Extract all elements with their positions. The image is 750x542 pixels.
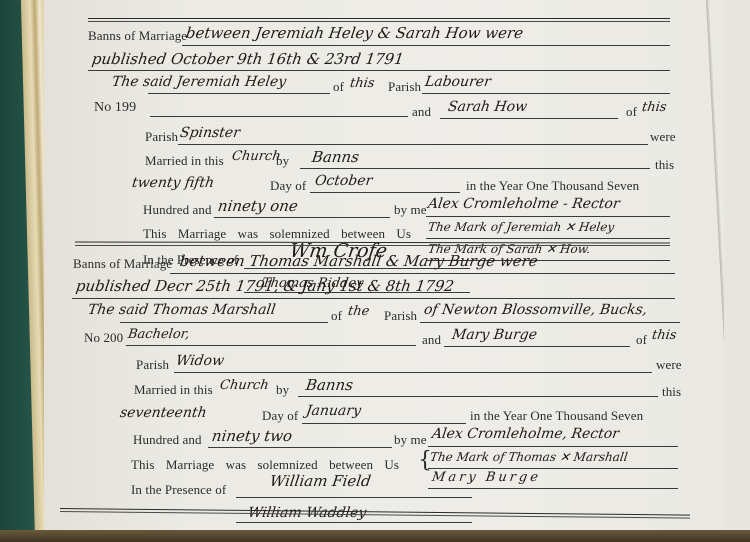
method: Banns (311, 148, 361, 166)
by-me-label: by me (394, 432, 427, 448)
top-double-rule-2 (88, 21, 670, 22)
officiant-signature: Alex Cromleholme - Rector (427, 196, 621, 212)
groom-status: Bachelor, (127, 327, 191, 342)
underline (236, 522, 472, 523)
married-label: Married in this (134, 382, 213, 398)
bride-of-label: of (626, 104, 637, 120)
hundred-label: Hundred and (143, 202, 212, 218)
year-label: in the Year One Thousand Seven (470, 408, 643, 424)
month: October (314, 173, 374, 189)
underline (300, 168, 650, 169)
underline (236, 497, 472, 498)
banns-text-line-1: between Jeremiah Heley & Sarah How were (185, 24, 525, 42)
underline (298, 396, 658, 397)
officiant-signature: Alex Cromleholme, Rector (431, 426, 620, 442)
entry-number: No 199 (94, 100, 136, 116)
underline (88, 70, 670, 71)
underline (72, 298, 675, 299)
place: Church (219, 378, 270, 393)
top-double-rule (88, 18, 670, 19)
party-1-mark: The Mark of Jeremiah ✕ Heley (427, 220, 615, 234)
bride-name: Sarah How (447, 99, 528, 115)
underline (208, 447, 392, 448)
underline (120, 322, 328, 323)
bride-parish-label: Parish (145, 129, 178, 145)
by-label: by (276, 153, 289, 169)
bride-of-value: this (641, 100, 668, 115)
underline (170, 273, 675, 274)
of-label: of (333, 79, 344, 95)
this-label: this (655, 157, 674, 173)
method: Banns (305, 376, 355, 394)
underline (150, 116, 408, 117)
underline (428, 468, 678, 469)
entry-separator-rule-2 (75, 245, 670, 246)
underline (428, 446, 678, 447)
year-value: ninety one (217, 197, 299, 215)
underline (214, 217, 390, 218)
underline (148, 93, 330, 94)
banns-text-line-2: published Decr 25th 1791, & Jany 1st & 8… (75, 277, 455, 295)
by-label: by (276, 382, 289, 398)
underline (182, 45, 670, 46)
married-label: Married in this (145, 153, 224, 169)
party-1-mark: The Mark of Thomas ✕ Marshall (429, 450, 629, 464)
facing-page-edge (724, 0, 750, 536)
book-bottom-edge (0, 530, 750, 542)
underline (302, 423, 466, 424)
solemnized-label: This Marriage was solemnized between Us (131, 457, 399, 473)
place: Church (231, 149, 282, 164)
groom-of-value: the (347, 304, 370, 319)
underline (174, 372, 652, 373)
day-label: Day of (262, 408, 298, 424)
day-value: seventeenth (119, 405, 208, 421)
parish-label: Parish (384, 308, 417, 324)
underline (178, 144, 648, 145)
banns-label: Banns of Marriage (88, 28, 187, 44)
underline (310, 192, 460, 193)
underline (420, 322, 680, 323)
entry-number: No 200 (84, 330, 123, 346)
of-label: of (331, 308, 342, 324)
hundred-label: Hundred and (133, 432, 202, 448)
underline (422, 93, 670, 94)
banns-text-line-1: between Thomas Marshall & Mary Burge wer… (179, 252, 539, 270)
by-me-label: by me (394, 202, 427, 218)
party-2-mark: Mary Burge (431, 470, 542, 485)
bride-name: Mary Burge (451, 327, 538, 343)
underline (440, 118, 618, 119)
groom-name: The said Jeremiah Heley (111, 74, 287, 90)
day-label: Day of (270, 178, 306, 194)
bride-of-value: this (651, 328, 678, 343)
groom-name: The said Thomas Marshall (87, 302, 277, 318)
and-label: and (412, 104, 431, 120)
year-value: ninety two (211, 427, 294, 445)
day-value: twenty fifth (131, 175, 215, 191)
were-label: were (650, 129, 676, 145)
banns-label: Banns of Marriage (73, 256, 172, 272)
bride-status: Spinster (179, 125, 241, 141)
groom-of-value: this (349, 76, 376, 91)
underline (426, 238, 670, 239)
banns-text-line-2: published October 9th 16th & 23rd 1791 (91, 50, 405, 68)
and-label: and (422, 332, 441, 348)
underline (126, 345, 416, 346)
groom-occupation: Labourer (424, 74, 492, 90)
this-label: this (662, 384, 681, 400)
bride-of-label: of (636, 332, 647, 348)
witness-1-signature: William Field (269, 472, 372, 490)
bride-status: Widow (175, 353, 225, 369)
underline (444, 346, 630, 347)
underline (428, 488, 678, 489)
parish-label: Parish (388, 79, 421, 95)
year-label: in the Year One Thousand Seven (466, 178, 639, 194)
were-label: were (656, 357, 682, 373)
month: January (305, 403, 362, 419)
underline (426, 216, 670, 217)
groom-parish: of Newton Blossomville, Bucks, (423, 302, 648, 318)
bride-parish-label: Parish (136, 357, 169, 373)
presence-label: In the Presence of (131, 482, 226, 498)
